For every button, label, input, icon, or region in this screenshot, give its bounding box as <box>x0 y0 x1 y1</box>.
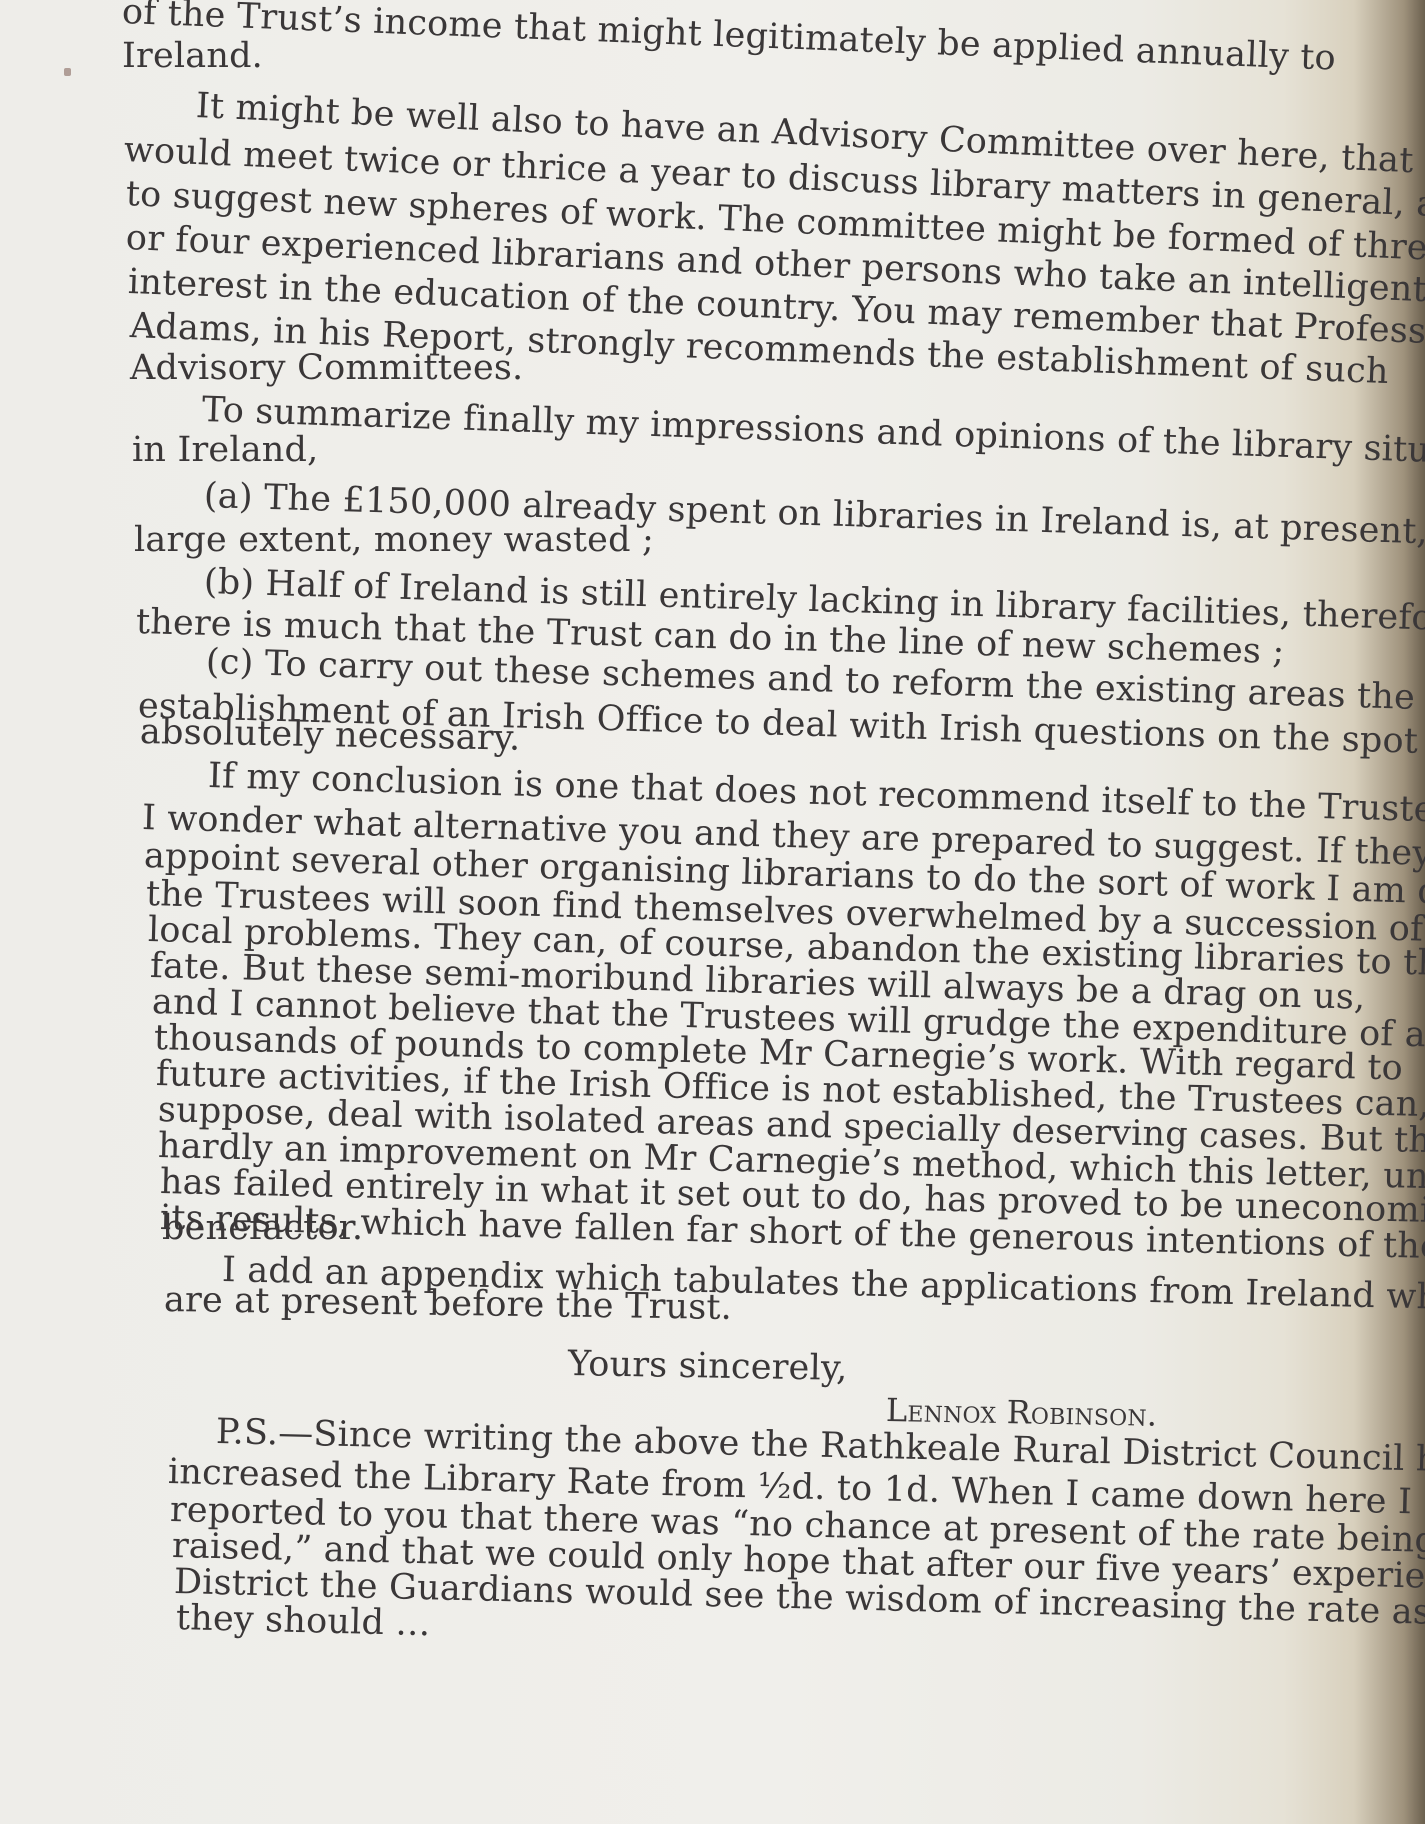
text-line: Ireland. <box>122 36 263 76</box>
text-line: large extent, money wasted ; <box>134 520 654 560</box>
text-line: in Ireland, <box>132 430 318 470</box>
text-line: they should … <box>176 1598 432 1644</box>
text-line: Advisory Committees. <box>130 348 523 388</box>
text-line: benefactor. <box>162 1208 363 1248</box>
closing-salutation: Yours sincerely, <box>568 1344 848 1389</box>
book-page: of the Trust’s income that might legitim… <box>0 0 1425 1824</box>
text-line: are at present before the Trust. <box>164 1280 733 1328</box>
text-line: of the Trust’s income that might legitim… <box>121 0 1336 79</box>
paper-blemish <box>64 68 71 76</box>
text-line: absolutely necessary. <box>140 712 521 759</box>
paragraph-start: To summarize finally my impressions and … <box>201 390 1425 474</box>
